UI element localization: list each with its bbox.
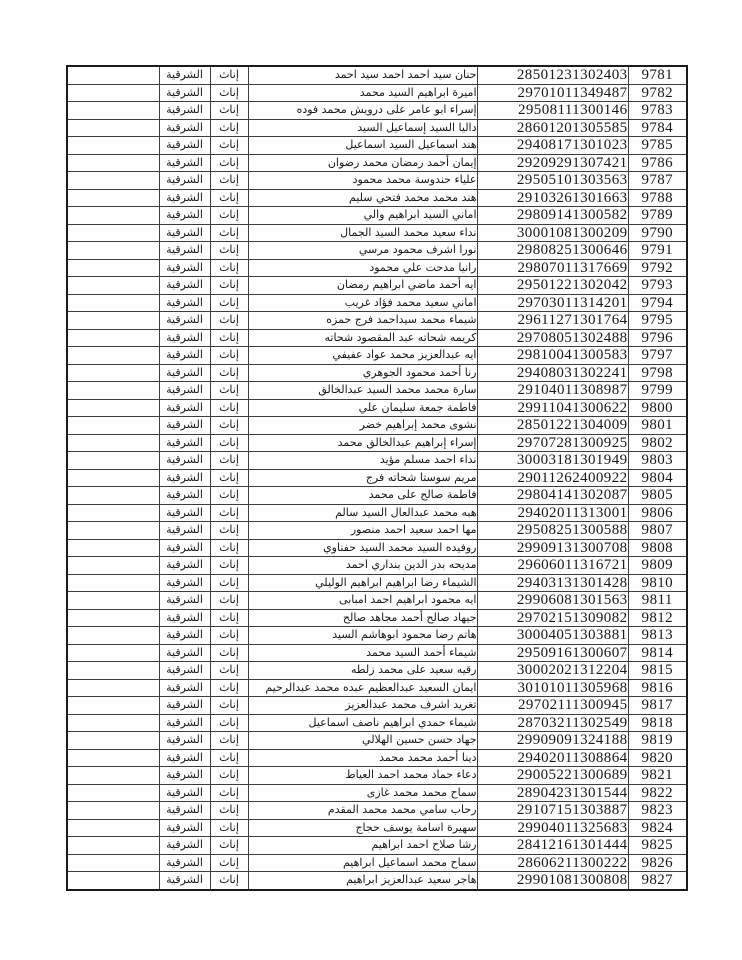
- cell-national-id: 28501231302403: [477, 66, 628, 84]
- cell-national-id: 29707281300925: [477, 434, 628, 452]
- cell-governorate: الشرقية: [159, 277, 210, 295]
- table-row: الشرقيةإناثعلياء حندوسة محمد محمود295051…: [67, 172, 687, 190]
- cell-national-id: 29501221302042: [477, 277, 628, 295]
- cell-national-id: 29906081301563: [477, 592, 628, 610]
- cell-name: دينا أحمد محمد محمد: [248, 749, 477, 767]
- cell-name: هبه محمد عبدالعال السيد سالم: [248, 504, 477, 522]
- cell-serial: 9819: [628, 732, 687, 750]
- cell-national-id: 29408031302241: [477, 364, 628, 382]
- cell-empty: [67, 487, 159, 505]
- cell-gender: إناث: [210, 662, 248, 680]
- cell-name: كريمه شحاته عبد المقصود شحاته: [248, 329, 477, 347]
- cell-national-id: 30004051303881: [477, 627, 628, 645]
- cell-gender: إناث: [210, 539, 248, 557]
- cell-serial: 9788: [628, 189, 687, 207]
- cell-empty: [67, 767, 159, 785]
- cell-serial: 9792: [628, 259, 687, 277]
- table-row: الشرقيةإناثمريم سوستا شحاته فرج290112624…: [67, 469, 687, 487]
- cell-serial: 9784: [628, 119, 687, 137]
- cell-governorate: الشرقية: [159, 382, 210, 400]
- cell-gender: إناث: [210, 732, 248, 750]
- cell-name: شيماء أحمد السيد محمد: [248, 644, 477, 662]
- table-row: الشرقيةإناثرانيا مدحت علي محمود298070113…: [67, 259, 687, 277]
- cell-empty: [67, 539, 159, 557]
- cell-gender: إناث: [210, 66, 248, 84]
- table-row: الشرقيةإناثفاطمة صالح على محمد2980414130…: [67, 487, 687, 505]
- cell-governorate: الشرقية: [159, 539, 210, 557]
- table-row: الشرقيةإناثداليا السيد إسماعيل السيد2860…: [67, 119, 687, 137]
- table-row: الشرقيةإناثتغريد اشرف محمد عبدالعزيز2970…: [67, 697, 687, 715]
- table-row: الشرقيةإناثجيهاد صالح أحمد مجاهد صالح297…: [67, 609, 687, 627]
- cell-gender: إناث: [210, 102, 248, 120]
- cell-national-id: 29611271301764: [477, 312, 628, 330]
- cell-empty: [67, 557, 159, 575]
- cell-serial: 9801: [628, 417, 687, 435]
- cell-gender: إناث: [210, 417, 248, 435]
- cell-national-id: 29606011316721: [477, 557, 628, 575]
- cell-serial: 9791: [628, 242, 687, 260]
- cell-name: هند محمد محمد فتحي سليم: [248, 189, 477, 207]
- cell-governorate: الشرقية: [159, 259, 210, 277]
- cell-name: سماح محمد اسماعيل ابراهيم: [248, 854, 477, 872]
- cell-national-id: 28601201305585: [477, 119, 628, 137]
- cell-gender: إناث: [210, 837, 248, 855]
- cell-serial: 9808: [628, 539, 687, 557]
- table-row: الشرقيةإناثكريمه شحاته عبد المقصود شحاته…: [67, 329, 687, 347]
- cell-serial: 9813: [628, 627, 687, 645]
- roster-body: الشرقيةإناثحنان سيد احمد احمد سيد احمد28…: [67, 66, 687, 890]
- cell-serial: 9815: [628, 662, 687, 680]
- cell-national-id: 29005221300689: [477, 767, 628, 785]
- cell-gender: إناث: [210, 522, 248, 540]
- cell-name: روفيده السيد محمد السيد حفناوي: [248, 539, 477, 557]
- cell-serial: 9786: [628, 154, 687, 172]
- cell-name: نورا اشرف محمود مرسي: [248, 242, 477, 260]
- cell-gender: إناث: [210, 382, 248, 400]
- cell-governorate: الشرقية: [159, 644, 210, 662]
- cell-national-id: 30101011305968: [477, 679, 628, 697]
- cell-empty: [67, 452, 159, 470]
- table-row: الشرقيةإناثهبه محمد عبدالعال السيد سالم2…: [67, 504, 687, 522]
- cell-name: نداء سعيد محمد السيد الجمال: [248, 224, 477, 242]
- cell-name: مها احمد سعيد احمد منصور: [248, 522, 477, 540]
- cell-national-id: 29209291307421: [477, 154, 628, 172]
- cell-name: هند اسماعيل السيد اسماعيل: [248, 137, 477, 155]
- cell-serial: 9818: [628, 714, 687, 732]
- cell-national-id: 28904231301544: [477, 784, 628, 802]
- cell-empty: [67, 609, 159, 627]
- cell-name: هاتم رضا محمود ابوهاشم السيد: [248, 627, 477, 645]
- cell-empty: [67, 399, 159, 417]
- cell-gender: إناث: [210, 872, 248, 890]
- cell-national-id: 29509161300607: [477, 644, 628, 662]
- table-row: الشرقيةإناثإسراء إبراهيم عبدالخالق محمد2…: [67, 434, 687, 452]
- cell-national-id: 29909131300708: [477, 539, 628, 557]
- cell-serial: 9823: [628, 802, 687, 820]
- table-row: الشرقيةإناثهاتم رضا محمود ابوهاشم السيد3…: [67, 627, 687, 645]
- table-row: الشرقيةإناثرقيه سعيد على محمد زلطه300020…: [67, 662, 687, 680]
- table-row: الشرقيةإناثسماح محمد اسماعيل ابراهيم2860…: [67, 854, 687, 872]
- cell-gender: إناث: [210, 294, 248, 312]
- cell-gender: إناث: [210, 592, 248, 610]
- cell-national-id: 29104011308987: [477, 382, 628, 400]
- cell-serial: 9796: [628, 329, 687, 347]
- cell-gender: إناث: [210, 784, 248, 802]
- table-row: الشرقيةإناثإسراء ابو عامر على درويش محمد…: [67, 102, 687, 120]
- cell-governorate: الشرقية: [159, 819, 210, 837]
- cell-gender: إناث: [210, 312, 248, 330]
- cell-gender: إناث: [210, 189, 248, 207]
- cell-serial: 9802: [628, 434, 687, 452]
- cell-governorate: الشرقية: [159, 837, 210, 855]
- table-row: الشرقيةإناثرشا صلاح احمد ابراهيم28412161…: [67, 837, 687, 855]
- cell-name: فاطمة جمعة سليمان علي: [248, 399, 477, 417]
- cell-governorate: الشرقية: [159, 207, 210, 225]
- cell-national-id: 28703211302549: [477, 714, 628, 732]
- cell-gender: إناث: [210, 119, 248, 137]
- cell-governorate: الشرقية: [159, 784, 210, 802]
- cell-national-id: 30002021312204: [477, 662, 628, 680]
- cell-empty: [67, 154, 159, 172]
- cell-empty: [67, 679, 159, 697]
- cell-name: شيماء محمد سيداحمد فرج حمزه: [248, 312, 477, 330]
- table-row: الشرقيةإناثنشوى محمد إبراهيم خضر28501221…: [67, 417, 687, 435]
- cell-empty: [67, 66, 159, 84]
- cell-serial: 9797: [628, 347, 687, 365]
- cell-gender: إناث: [210, 277, 248, 295]
- cell-name: نداء احمد مسلم مؤيد: [248, 452, 477, 470]
- cell-national-id: 29808251300646: [477, 242, 628, 260]
- cell-serial: 9787: [628, 172, 687, 190]
- cell-empty: [67, 872, 159, 890]
- cell-governorate: الشرقية: [159, 137, 210, 155]
- cell-gender: إناث: [210, 154, 248, 172]
- cell-gender: إناث: [210, 767, 248, 785]
- cell-gender: إناث: [210, 84, 248, 102]
- cell-gender: إناث: [210, 259, 248, 277]
- cell-empty: [67, 207, 159, 225]
- cell-national-id: 28606211300222: [477, 854, 628, 872]
- cell-serial: 9816: [628, 679, 687, 697]
- cell-governorate: الشرقية: [159, 714, 210, 732]
- cell-governorate: الشرقية: [159, 662, 210, 680]
- cell-empty: [67, 469, 159, 487]
- cell-name: رانيا مدحت علي محمود: [248, 259, 477, 277]
- roster-table: الشرقيةإناثحنان سيد احمد احمد سيد احمد28…: [66, 65, 688, 891]
- cell-governorate: الشرقية: [159, 329, 210, 347]
- table-row: الشرقيةإناثاماني السيد ابراهيم والي29809…: [67, 207, 687, 225]
- table-row: الشرقيةإناثسهيرة اسامة يوسف حجاج29904011…: [67, 819, 687, 837]
- cell-national-id: 29809141300582: [477, 207, 628, 225]
- cell-serial: 9785: [628, 137, 687, 155]
- cell-empty: [67, 802, 159, 820]
- cell-empty: [67, 662, 159, 680]
- cell-name: شيماء حمدي ابراهيم ناصف اسماعيل: [248, 714, 477, 732]
- cell-national-id: 29403131301428: [477, 574, 628, 592]
- cell-serial: 9809: [628, 557, 687, 575]
- cell-serial: 9826: [628, 854, 687, 872]
- table-row: الشرقيةإناثنورا اشرف محمود مرسي298082513…: [67, 242, 687, 260]
- cell-empty: [67, 854, 159, 872]
- cell-empty: [67, 644, 159, 662]
- cell-national-id: 29909091324188: [477, 732, 628, 750]
- cell-gender: إناث: [210, 452, 248, 470]
- cell-governorate: الشرقية: [159, 242, 210, 260]
- table-row: الشرقيةإناثاماني سعيد محمد فؤاد غريب2970…: [67, 294, 687, 312]
- table-row: الشرقيةإناثمها احمد سعيد احمد منصور29508…: [67, 522, 687, 540]
- table-row: الشرقيةإناثحنان سيد احمد احمد سيد احمد28…: [67, 66, 687, 84]
- cell-serial: 9810: [628, 574, 687, 592]
- cell-empty: [67, 382, 159, 400]
- cell-governorate: الشرقية: [159, 154, 210, 172]
- cell-serial: 9822: [628, 784, 687, 802]
- cell-gender: إناث: [210, 469, 248, 487]
- cell-name: اماني سعيد محمد فؤاد غريب: [248, 294, 477, 312]
- cell-name: داليا السيد إسماعيل السيد: [248, 119, 477, 137]
- cell-empty: [67, 172, 159, 190]
- cell-national-id: 29703011314201: [477, 294, 628, 312]
- cell-governorate: الشرقية: [159, 312, 210, 330]
- table-row: الشرقيةإناثجهاد حسن حسين الهلالي29909091…: [67, 732, 687, 750]
- cell-name: حنان سيد احمد احمد سيد احمد: [248, 66, 477, 84]
- table-row: الشرقيةإناثالشيماء رضا ابراهيم ابراهيم ا…: [67, 574, 687, 592]
- cell-name: فاطمة صالح على محمد: [248, 487, 477, 505]
- cell-governorate: الشرقية: [159, 627, 210, 645]
- cell-name: هاجر سعيد عبدالعزيز ابراهيم: [248, 872, 477, 890]
- cell-serial: 9814: [628, 644, 687, 662]
- table-row: الشرقيةإناثشيماء حمدي ابراهيم ناصف اسماع…: [67, 714, 687, 732]
- cell-serial: 9799: [628, 382, 687, 400]
- cell-national-id: 29702151309082: [477, 609, 628, 627]
- cell-national-id: 28412161301444: [477, 837, 628, 855]
- cell-national-id: 29810041300583: [477, 347, 628, 365]
- cell-national-id: 29904011325683: [477, 819, 628, 837]
- table-row: الشرقيةإناثنداء سعيد محمد السيد الجمال30…: [67, 224, 687, 242]
- cell-governorate: الشرقية: [159, 557, 210, 575]
- cell-governorate: الشرقية: [159, 294, 210, 312]
- table-row: الشرقيةإناثهند محمد محمد فتحي سليم291032…: [67, 189, 687, 207]
- cell-gender: إناث: [210, 224, 248, 242]
- cell-serial: 9805: [628, 487, 687, 505]
- table-row: الشرقيةإناثايه عبدالعزيز محمد عواد عفيفي…: [67, 347, 687, 365]
- cell-governorate: الشرقية: [159, 347, 210, 365]
- cell-serial: 9827: [628, 872, 687, 890]
- cell-serial: 9783: [628, 102, 687, 120]
- cell-empty: [67, 102, 159, 120]
- cell-governorate: الشرقية: [159, 66, 210, 84]
- cell-serial: 9824: [628, 819, 687, 837]
- cell-national-id: 29402011308864: [477, 749, 628, 767]
- cell-serial: 9803: [628, 452, 687, 470]
- cell-empty: [67, 294, 159, 312]
- cell-empty: [67, 329, 159, 347]
- cell-governorate: الشرقية: [159, 802, 210, 820]
- cell-national-id: 29708051302488: [477, 329, 628, 347]
- cell-gender: إناث: [210, 557, 248, 575]
- cell-national-id: 29702111300945: [477, 697, 628, 715]
- cell-serial: 9811: [628, 592, 687, 610]
- cell-governorate: الشرقية: [159, 102, 210, 120]
- cell-empty: [67, 84, 159, 102]
- scanned-page: الشرقيةإناثحنان سيد احمد احمد سيد احمد28…: [0, 0, 742, 960]
- cell-empty: [67, 347, 159, 365]
- cell-name: الشيماء رضا ابراهيم ابراهيم الوليلي: [248, 574, 477, 592]
- cell-national-id: 29901081300808: [477, 872, 628, 890]
- cell-governorate: الشرقية: [159, 119, 210, 137]
- cell-serial: 9821: [628, 767, 687, 785]
- cell-governorate: الشرقية: [159, 609, 210, 627]
- cell-name: سهيرة اسامة يوسف حجاج: [248, 819, 477, 837]
- cell-gender: إناث: [210, 697, 248, 715]
- cell-serial: 9794: [628, 294, 687, 312]
- cell-national-id: 29807011317669: [477, 259, 628, 277]
- table-row: الشرقيةإناثهاجر سعيد عبدالعزيز ابراهيم29…: [67, 872, 687, 890]
- table-row: الشرقيةإناثايه أحمد ماضي ابراهيم رمضان29…: [67, 277, 687, 295]
- cell-serial: 9781: [628, 66, 687, 84]
- cell-empty: [67, 522, 159, 540]
- cell-governorate: الشرقية: [159, 697, 210, 715]
- cell-empty: [67, 312, 159, 330]
- cell-empty: [67, 364, 159, 382]
- cell-governorate: الشرقية: [159, 469, 210, 487]
- cell-gender: إناث: [210, 679, 248, 697]
- cell-name: تغريد اشرف محمد عبدالعزيز: [248, 697, 477, 715]
- cell-name: جيهاد صالح أحمد مجاهد صالح: [248, 609, 477, 627]
- table-row: الشرقيةإناثفاطمة جمعة سليمان علي29911041…: [67, 399, 687, 417]
- cell-governorate: الشرقية: [159, 574, 210, 592]
- cell-gender: إناث: [210, 574, 248, 592]
- cell-name: ايه محمود ابراهيم احمد امبابى: [248, 592, 477, 610]
- table-row: الشرقيةإناثرنا أحمد محمود الجوهري2940803…: [67, 364, 687, 382]
- cell-governorate: الشرقية: [159, 399, 210, 417]
- cell-gender: إناث: [210, 434, 248, 452]
- table-row: الشرقيةإناثشيماء محمد سيداحمد فرج حمزه29…: [67, 312, 687, 330]
- cell-empty: [67, 592, 159, 610]
- cell-empty: [67, 504, 159, 522]
- cell-empty: [67, 434, 159, 452]
- cell-governorate: الشرقية: [159, 592, 210, 610]
- cell-gender: إناث: [210, 749, 248, 767]
- cell-gender: إناث: [210, 644, 248, 662]
- cell-gender: إناث: [210, 627, 248, 645]
- cell-national-id: 29911041300622: [477, 399, 628, 417]
- cell-gender: إناث: [210, 172, 248, 190]
- cell-governorate: الشرقية: [159, 189, 210, 207]
- cell-gender: إناث: [210, 487, 248, 505]
- cell-name: رشا صلاح احمد ابراهيم: [248, 837, 477, 855]
- table-row: الشرقيةإناثايه محمود ابراهيم احمد امبابى…: [67, 592, 687, 610]
- cell-empty: [67, 732, 159, 750]
- cell-gender: إناث: [210, 714, 248, 732]
- cell-name: جهاد حسن حسين الهلالي: [248, 732, 477, 750]
- table-row: الشرقيةإناثروفيده السيد محمد السيد حفناو…: [67, 539, 687, 557]
- cell-empty: [67, 749, 159, 767]
- table-row: الشرقيةإناثهند اسماعيل السيد اسماعيل2940…: [67, 137, 687, 155]
- cell-serial: 9804: [628, 469, 687, 487]
- cell-national-id: 29804141302087: [477, 487, 628, 505]
- cell-gender: إناث: [210, 242, 248, 260]
- cell-governorate: الشرقية: [159, 749, 210, 767]
- cell-serial: 9798: [628, 364, 687, 382]
- cell-serial: 9789: [628, 207, 687, 225]
- cell-national-id: 30001081300209: [477, 224, 628, 242]
- cell-national-id: 29402011313001: [477, 504, 628, 522]
- table-row: الشرقيةإناثإيمان أحمد رمضان محمد رضوان29…: [67, 154, 687, 172]
- cell-name: سارة محمد محمد السيد عبدالخالق: [248, 382, 477, 400]
- cell-national-id: 29103261301663: [477, 189, 628, 207]
- cell-name: علياء حندوسة محمد محمود: [248, 172, 477, 190]
- cell-national-id: 29508111300146: [477, 102, 628, 120]
- cell-empty: [67, 784, 159, 802]
- cell-gender: إناث: [210, 347, 248, 365]
- cell-governorate: الشرقية: [159, 224, 210, 242]
- cell-name: سماح محمد محمد غازى: [248, 784, 477, 802]
- table-row: الشرقيةإناثنداء احمد مسلم مؤيد3000318130…: [67, 452, 687, 470]
- cell-serial: 9807: [628, 522, 687, 540]
- table-row: الشرقيةإناثرحاب سامي محمد محمد المقدم291…: [67, 802, 687, 820]
- cell-name: دعاء حماد محمد احمد العياط: [248, 767, 477, 785]
- cell-serial: 9790: [628, 224, 687, 242]
- cell-governorate: الشرقية: [159, 434, 210, 452]
- cell-empty: [67, 242, 159, 260]
- cell-name: مديحه بدر الدين بنداري احمد: [248, 557, 477, 575]
- cell-gender: إناث: [210, 329, 248, 347]
- cell-empty: [67, 714, 159, 732]
- cell-gender: إناث: [210, 802, 248, 820]
- cell-serial: 9795: [628, 312, 687, 330]
- cell-national-id: 30003181301949: [477, 452, 628, 470]
- table-row: الشرقيةإناثشيماء أحمد السيد محمد29509161…: [67, 644, 687, 662]
- cell-empty: [67, 259, 159, 277]
- cell-governorate: الشرقية: [159, 522, 210, 540]
- cell-national-id: 29011262400922: [477, 469, 628, 487]
- cell-name: رقيه سعيد على محمد زلطه: [248, 662, 477, 680]
- cell-serial: 9817: [628, 697, 687, 715]
- cell-empty: [67, 574, 159, 592]
- cell-gender: إناث: [210, 399, 248, 417]
- cell-name: إيمان أحمد رمضان محمد رضوان: [248, 154, 477, 172]
- cell-name: اماني السيد ابراهيم والي: [248, 207, 477, 225]
- cell-serial: 9800: [628, 399, 687, 417]
- cell-name: اميرة ابراهيم السيد محمد: [248, 84, 477, 102]
- cell-serial: 9825: [628, 837, 687, 855]
- cell-empty: [67, 277, 159, 295]
- cell-gender: إناث: [210, 364, 248, 382]
- cell-governorate: الشرقية: [159, 487, 210, 505]
- cell-governorate: الشرقية: [159, 417, 210, 435]
- cell-governorate: الشرقية: [159, 504, 210, 522]
- cell-gender: إناث: [210, 819, 248, 837]
- cell-national-id: 29508251300588: [477, 522, 628, 540]
- cell-name: رحاب سامي محمد محمد المقدم: [248, 802, 477, 820]
- cell-empty: [67, 627, 159, 645]
- table-row: الشرقيةإناثايمان السعيد عبدالعظيم عبده م…: [67, 679, 687, 697]
- cell-serial: 9793: [628, 277, 687, 295]
- table-row: الشرقيةإناثسماح محمد محمد غازى2890423130…: [67, 784, 687, 802]
- cell-name: رنا أحمد محمود الجوهري: [248, 364, 477, 382]
- cell-empty: [67, 837, 159, 855]
- table-row: الشرقيةإناثاميرة ابراهيم السيد محمد29701…: [67, 84, 687, 102]
- cell-serial: 9806: [628, 504, 687, 522]
- cell-name: ايه عبدالعزيز محمد عواد عفيفي: [248, 347, 477, 365]
- cell-empty: [67, 697, 159, 715]
- cell-national-id: 29505101303563: [477, 172, 628, 190]
- cell-serial: 9820: [628, 749, 687, 767]
- cell-empty: [67, 819, 159, 837]
- cell-name: ايمان السعيد عبدالعظيم عبده محمد عبدالرح…: [248, 679, 477, 697]
- cell-name: إسراء إبراهيم عبدالخالق محمد: [248, 434, 477, 452]
- cell-empty: [67, 417, 159, 435]
